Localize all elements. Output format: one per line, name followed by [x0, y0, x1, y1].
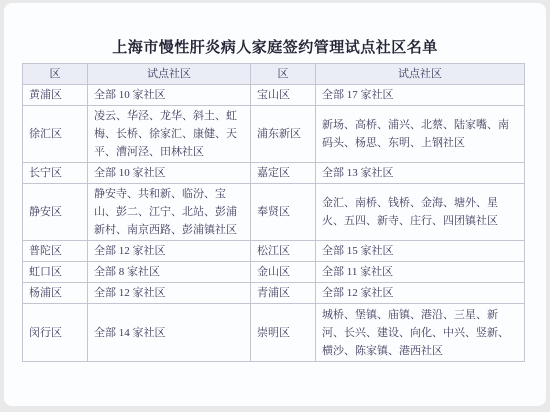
- district-cell: 闵行区: [23, 304, 88, 362]
- communities-cell: 全部 12 家社区: [316, 283, 525, 304]
- district-cell: 青浦区: [251, 283, 316, 304]
- district-cell: 虹口区: [23, 262, 88, 283]
- pilot-community-table: 区 试点社区 区 试点社区 黄浦区 全部 10 家社区 宝山区 全部 17 家社…: [22, 63, 525, 362]
- communities-cell: 新场、高桥、浦兴、北蔡、陆家嘴、南码头、杨思、东明、上钢社区: [316, 106, 525, 163]
- header-communities-right: 试点社区: [316, 64, 525, 85]
- communities-cell: 全部 15 家社区: [316, 241, 525, 262]
- table-header-row: 区 试点社区 区 试点社区: [23, 64, 525, 85]
- communities-cell: 全部 12 家社区: [88, 241, 251, 262]
- district-cell: 奉贤区: [251, 184, 316, 241]
- table-row: 普陀区 全部 12 家社区 松江区 全部 15 家社区: [23, 241, 525, 262]
- communities-cell: 全部 10 家社区: [88, 85, 251, 106]
- communities-cell: 静安寺、共和新、临汾、宝山、彭二、江宁、北站、彭浦新村、南京西路、彭浦镇社区: [88, 184, 251, 241]
- communities-cell: 城桥、堡镇、庙镇、港沿、三星、新河、长兴、建设、向化、中兴、竖新、横沙、陈家镇、…: [316, 304, 525, 362]
- table-row: 静安区 静安寺、共和新、临汾、宝山、彭二、江宁、北站、彭浦新村、南京西路、彭浦镇…: [23, 184, 525, 241]
- communities-cell: 全部 12 家社区: [88, 283, 251, 304]
- district-cell: 宝山区: [251, 85, 316, 106]
- page-title: 上海市慢性肝炎病人家庭签约管理试点社区名单: [4, 36, 546, 57]
- district-cell: 松江区: [251, 241, 316, 262]
- communities-cell: 全部 10 家社区: [88, 163, 251, 184]
- table-row: 长宁区 全部 10 家社区 嘉定区 全部 13 家社区: [23, 163, 525, 184]
- communities-cell: 全部 13 家社区: [316, 163, 525, 184]
- district-cell: 黄浦区: [23, 85, 88, 106]
- district-cell: 徐汇区: [23, 106, 88, 163]
- district-cell: 长宁区: [23, 163, 88, 184]
- communities-cell: 全部 14 家社区: [88, 304, 251, 362]
- district-cell: 嘉定区: [251, 163, 316, 184]
- table-row: 虹口区 全部 8 家社区 金山区 全部 11 家社区: [23, 262, 525, 283]
- communities-cell: 全部 11 家社区: [316, 262, 525, 283]
- communities-cell: 全部 8 家社区: [88, 262, 251, 283]
- district-cell: 杨浦区: [23, 283, 88, 304]
- header-district-right: 区: [251, 64, 316, 85]
- district-cell: 普陀区: [23, 241, 88, 262]
- district-cell: 金山区: [251, 262, 316, 283]
- header-district-left: 区: [23, 64, 88, 85]
- table-row: 闵行区 全部 14 家社区 崇明区 城桥、堡镇、庙镇、港沿、三星、新河、长兴、建…: [23, 304, 525, 362]
- communities-cell: 凌云、华泾、龙华、斜土、虹梅、长桥、徐家汇、康健、天平、漕河泾、田林社区: [88, 106, 251, 163]
- district-cell: 崇明区: [251, 304, 316, 362]
- table-row: 徐汇区 凌云、华泾、龙华、斜土、虹梅、长桥、徐家汇、康健、天平、漕河泾、田林社区…: [23, 106, 525, 163]
- communities-cell: 全部 17 家社区: [316, 85, 525, 106]
- content-card: 上海市慢性肝炎病人家庭签约管理试点社区名单 区 试点社区 区 试点社区 黄浦区 …: [4, 3, 546, 406]
- table-row: 黄浦区 全部 10 家社区 宝山区 全部 17 家社区: [23, 85, 525, 106]
- table-row: 杨浦区 全部 12 家社区 青浦区 全部 12 家社区: [23, 283, 525, 304]
- district-cell: 浦东新区: [251, 106, 316, 163]
- header-communities-left: 试点社区: [88, 64, 251, 85]
- district-cell: 静安区: [23, 184, 88, 241]
- communities-cell: 金汇、南桥、钱桥、金海、塘外、星火、五四、新寺、庄行、四团镇社区: [316, 184, 525, 241]
